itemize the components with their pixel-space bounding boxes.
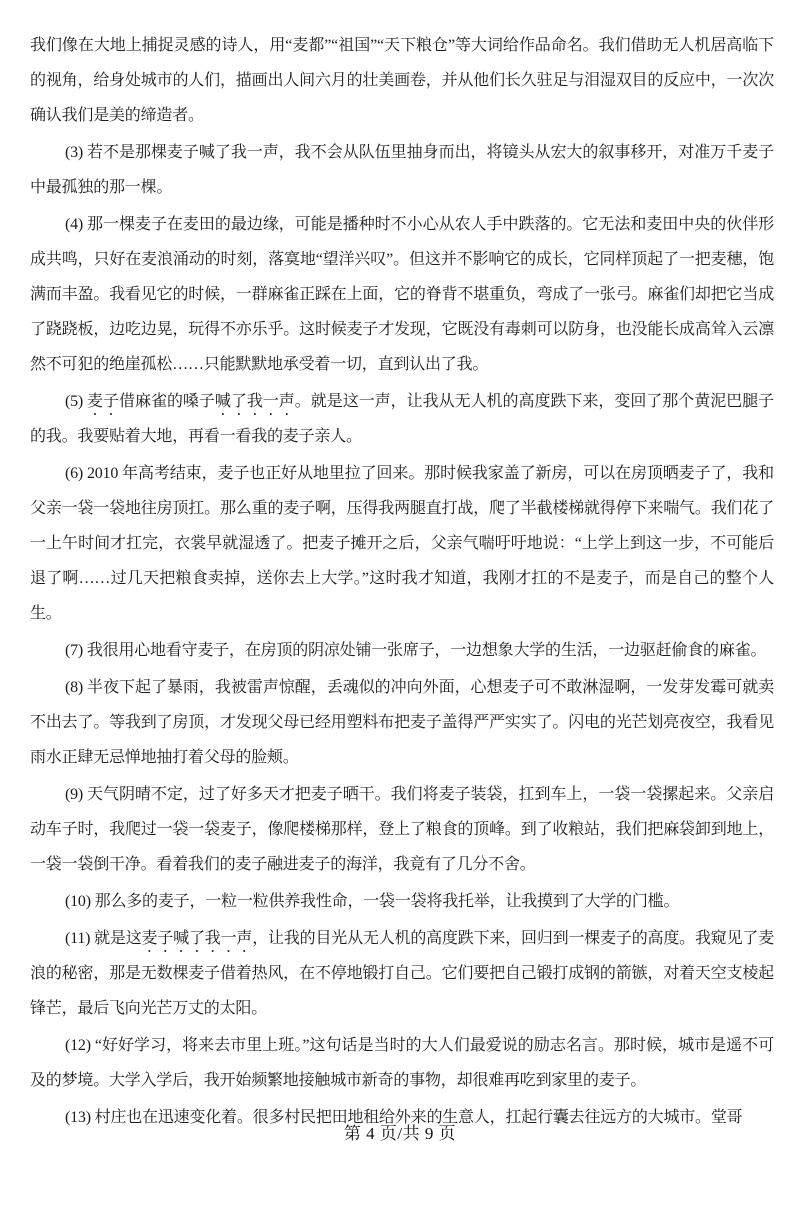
text-segment: (4) 那一棵麦子在麦田的最边缘，可能是播种时不小心从农人手中跌落的。它无法和麦… bbox=[30, 216, 774, 373]
text-segment: (11) 就是这 bbox=[65, 930, 142, 947]
paragraph-3: (5) 麦子借麻雀的嗓子喊了我一声。就是这一声，让我从无人机的高度跌下来，变回了… bbox=[30, 384, 774, 454]
paragraph-8: (10) 那么多的麦子，一粒一粒供养我性命，一袋一袋将我托举，让我摸到了大学的门… bbox=[30, 884, 774, 919]
document-page: 我们像在大地上捕捉灵感的诗人，用“麦都”“祖国”“天下粮仓”等大词给作品命名。我… bbox=[0, 0, 800, 1206]
emphasized-text: 麦子喊了我一声 bbox=[142, 930, 253, 947]
paragraph-7: (9) 天气阴晴不定，过了好多天才把麦子晒干。我们将麦子装袋，扛到车上，一袋一袋… bbox=[30, 777, 774, 882]
text-segment: (7) 我很用心地看守麦子，在房顶的阴凉处铺一张席子，一边想象大学的生活，一边驱… bbox=[65, 642, 766, 659]
text-segment: (5) bbox=[65, 393, 87, 410]
paragraph-6: (8) 半夜下起了暴雨，我被雷声惊醒，丢魂似的冲向外面，心想麦子可不敢淋湿啊，一… bbox=[30, 670, 774, 775]
text-segment: (8) 半夜下起了暴雨，我被雷声惊醒，丢魂似的冲向外面，心想麦子可不敢淋湿啊，一… bbox=[30, 679, 774, 766]
text-segment: (3) 若不是那棵麦子喊了我一声，我不会从队伍里抽身而出，将镜头从宏大的叙事移开… bbox=[30, 144, 774, 196]
text-segment: (10) 那么多的麦子，一粒一粒供养我性命，一袋一袋将我托举，让我摸到了大学的门… bbox=[65, 893, 679, 910]
text-segment: (9) 天气阴晴不定，过了好多天才把麦子晒干。我们将麦子装袋，扛到车上，一袋一袋… bbox=[30, 786, 774, 873]
text-segment: 借麻雀的嗓子 bbox=[119, 393, 215, 410]
text-segment: (6) 2010 年高考结束，麦子也正好从地里拉了回来。那时候我家盖了新房，可以… bbox=[30, 465, 774, 622]
paragraph-1: (3) 若不是那棵麦子喊了我一声，我不会从队伍里抽身而出，将镜头从宏大的叙事移开… bbox=[30, 135, 774, 205]
paragraph-4: (6) 2010 年高考结束，麦子也正好从地里拉了回来。那时候我家盖了新房，可以… bbox=[30, 456, 774, 631]
emphasized-text: 喊了我一声 bbox=[215, 393, 295, 410]
page-footer: 第 4 页/共 9 页 bbox=[0, 1122, 800, 1146]
emphasized-text: 麦子 bbox=[87, 393, 119, 410]
paragraph-0: 我们像在大地上捕捉灵感的诗人，用“麦都”“祖国”“天下粮仓”等大词给作品命名。我… bbox=[30, 28, 774, 133]
paragraph-10: (12) “好好学习，将来去市里上班。”这句话是当时的大人们最爱说的励志名言。那… bbox=[30, 1028, 774, 1098]
document-body: 我们像在大地上捕捉灵感的诗人，用“麦都”“祖国”“天下粮仓”等大词给作品命名。我… bbox=[30, 28, 774, 1137]
text-segment: 我们像在大地上捕捉灵感的诗人，用“麦都”“祖国”“天下粮仓”等大词给作品命名。我… bbox=[30, 37, 774, 124]
text-segment: (12) “好好学习，将来去市里上班。”这句话是当时的大人们最爱说的励志名言。那… bbox=[30, 1037, 774, 1089]
paragraph-5: (7) 我很用心地看守麦子，在房顶的阴凉处铺一张席子，一边想象大学的生活，一边驱… bbox=[30, 633, 774, 668]
paragraph-9: (11) 就是这麦子喊了我一声，让我的目光从无人机的高度跌下来，回归到一棵麦子的… bbox=[30, 921, 774, 1026]
paragraph-2: (4) 那一棵麦子在麦田的最边缘，可能是播种时不小心从农人手中跌落的。它无法和麦… bbox=[30, 207, 774, 382]
